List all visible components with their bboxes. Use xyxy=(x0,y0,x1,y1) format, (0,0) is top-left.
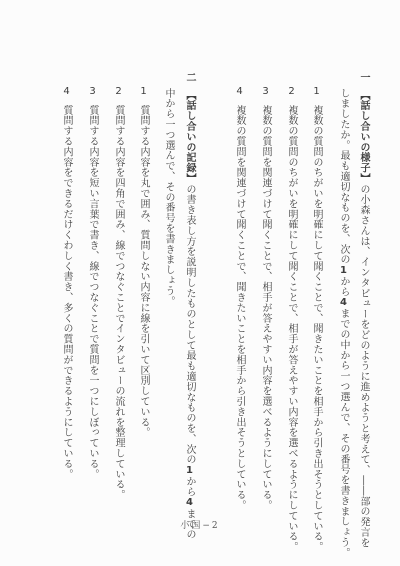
question-1-option-3: 3複数の質問を関連づけて聞くことで、相手が答えやすい内容を選べるようにしている。 xyxy=(259,86,272,511)
question-1-range-start: 1 xyxy=(338,265,349,276)
option-text: 複数の質問を関連づけて聞くことで、聞きたいことを相手から引き出そうとしている。 xyxy=(234,105,245,511)
question-1-option-2: 2複数の質問のちがいを明確にして聞くことで、相手が答えやすい内容を選べるようにし… xyxy=(285,86,298,553)
question-1-number: 一 xyxy=(358,72,369,82)
question-2-range-end: 4 xyxy=(184,497,195,508)
question-1-option-1: 1複数の質問のちがいを明確にして聞くことで、聞きたいことを相手から引き出そうとし… xyxy=(310,86,323,553)
question-2-lead-line1-pre: の書き表し方を説明したものとして最も適切なものを、次の xyxy=(184,184,195,465)
question-1-lead-line2-mid: から xyxy=(338,276,349,297)
question-2-option-3: 3質問する内容を短い言葉で書き、線でつなぐことで質問を一つにしぼっている。 xyxy=(86,86,99,480)
question-2-heading-column: 二【話し合いの記録】の書き表し方を説明したものとして最も適切なものを、次の1から… xyxy=(183,72,196,540)
option-number: 3 xyxy=(260,86,271,97)
option-text: 複数の質問のちがいを明確にして聞くことで、相手が答えやすい内容を選べるようにして… xyxy=(286,105,297,552)
question-1-lead-line2-pre: しましたか。最も適切なものを、次の xyxy=(338,88,349,265)
question-2-lead-column-2: 中から一つ選んで、その番号を書きましょう。 xyxy=(162,88,175,306)
question-2-label: 【話し合いの記録】 xyxy=(184,90,195,184)
question-1-lead-line1: の小森さんは、インタビューをどのように進めようと考えて、――部の発言を xyxy=(358,184,369,548)
option-text: 複数の質問を関連づけて聞くことで、相手が答えやすい内容を選べるようにしている。 xyxy=(260,105,271,511)
option-number: 4 xyxy=(61,86,72,97)
option-number: 1 xyxy=(311,86,322,97)
option-number: 2 xyxy=(286,86,297,97)
question-1-heading-column: 一【話し合いの様子】の小森さんは、インタビューをどのように進めようと考えて、――… xyxy=(357,72,370,548)
option-text: 質問する内容を四角で囲み、線でつなぐことでインタビューの流れを整理している。 xyxy=(113,105,124,500)
question-2-option-4: 4質問する内容をできるだけくわしく書き、多くの質問ができるようにしている。 xyxy=(60,86,73,480)
option-number: 1 xyxy=(138,86,149,97)
option-number: 4 xyxy=(234,86,245,97)
test-page: 一【話し合いの様子】の小森さんは、インタビューをどのように進めようと考えて、――… xyxy=(0,0,400,566)
option-text: 質問する内容を丸で囲み、質問しない内容に線を引いて区別している。 xyxy=(138,105,149,438)
question-1-lead-column-2: しましたか。最も適切なものを、次の1から4までの中から一つ選んで、その番号を書き… xyxy=(337,88,350,558)
option-text: 質問する内容をできるだけくわしく書き、多くの質問ができるようにしている。 xyxy=(61,105,72,479)
question-1-label: 【話し合いの様子】 xyxy=(358,90,369,184)
question-1-range-end: 4 xyxy=(338,297,349,308)
option-text: 質問する内容を短い言葉で書き、線でつなぐことで質問を一つにしぼっている。 xyxy=(87,105,98,479)
question-2-option-2: 2質問する内容を四角で囲み、線でつなぐことでインタビューの流れを整理している。 xyxy=(112,86,125,501)
question-2-lead-line2: 中から一つ選んで、その番号を書きましょう。 xyxy=(163,88,174,306)
question-2-lead-line1-mid: から xyxy=(184,476,195,497)
option-number: 3 xyxy=(87,86,98,97)
question-2-range-start: 1 xyxy=(184,465,195,476)
question-2-option-1: 1質問する内容を丸で囲み、質問しない内容に線を引いて区別している。 xyxy=(137,86,150,438)
page-footer-label: 小国−2 xyxy=(0,518,400,531)
option-text: 複数の質問のちがいを明確にして聞くことで、聞きたいことを相手から引き出そうとして… xyxy=(311,105,322,552)
option-number: 2 xyxy=(113,86,124,97)
question-1-option-4: 4複数の質問を関連づけて聞くことで、聞きたいことを相手から引き出そうとしている。 xyxy=(233,86,246,511)
question-2-number: 二 xyxy=(184,72,195,82)
